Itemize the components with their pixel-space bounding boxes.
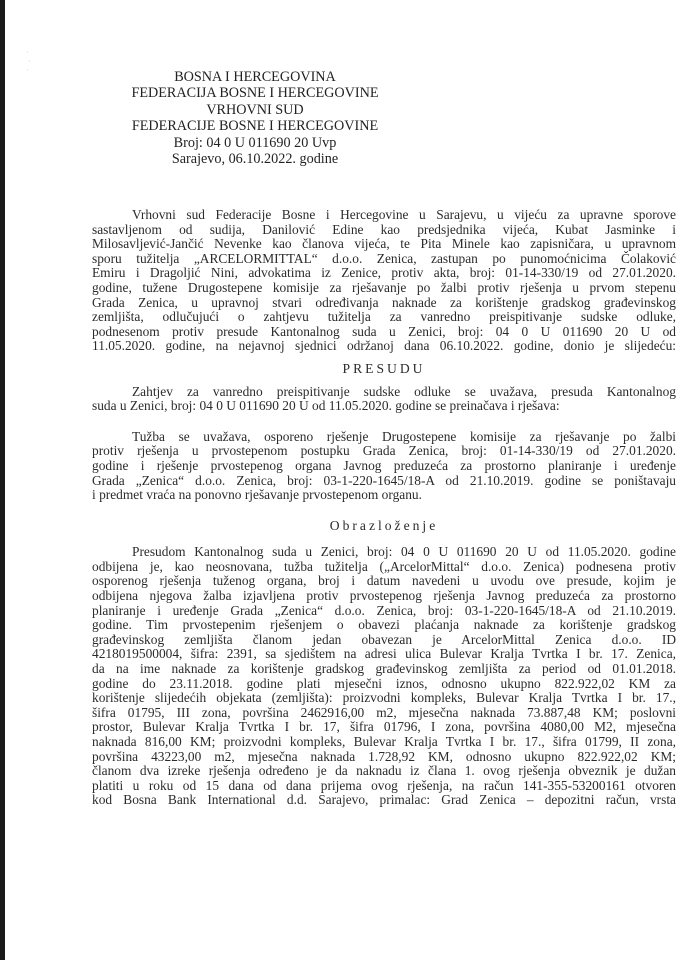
text-line: Emiru i Dragoljić Nini, advokatima iz Ze… [92, 266, 676, 281]
text-line: Milosavljević-Jančić Nevenke kao članova… [92, 237, 676, 252]
text-line: Grada „Zenica“ d.o.o. Zenica, broj: 03-1… [92, 474, 676, 489]
text-line: planiranje i uređenje Grada „Zenica“ d.o… [92, 604, 676, 619]
text-line: platiti u roku od 15 dana od dana prijem… [92, 779, 676, 794]
text-line: godine. Tim prvostepenim rješenjem o oba… [92, 618, 676, 633]
verdict-paragraph-1: Zahtjev za vanredno preispitivanje sudsk… [92, 385, 676, 414]
text-line: korištenje slijedećih objekata (zemljišt… [92, 691, 676, 706]
text-line: osporenog rješenja tuženog organa, broj … [92, 574, 676, 589]
scan-edge-strip [0, 0, 5, 960]
header-country: BOSNA I HERCEGOVINA [110, 69, 400, 85]
text-line: zemljišta, odlučujući o zahtjevu tužitel… [92, 310, 676, 325]
reasoning-heading: Obrazloženje [92, 519, 676, 534]
text-line: Zahtjev za vanredno preispitivanje sudsk… [92, 385, 676, 400]
header-court: VRHOVNI SUD [110, 102, 400, 118]
text-line: odbijena njegova žalba izjavljena protiv… [92, 589, 676, 604]
text-line: površina 43223,00 m2, mjesečna naknada 1… [92, 750, 676, 765]
margin-pencil-marks: · ·· [26, 48, 46, 98]
text-line: Vrhovni sud Federacije Bosne i Hercegovi… [92, 208, 676, 223]
text-line: suda u Zenici, broj: 04 0 U 011690 20 U … [92, 399, 676, 414]
text-line: članom dva izreke rješenja određeno je d… [92, 764, 676, 779]
court-header: BOSNA I HERCEGOVINA FEDERACIJA BOSNE I H… [110, 69, 400, 167]
text-line: Presudom Kantonalnog suda u Zenici, broj… [92, 545, 676, 560]
text-line: da na ime naknade za korištenje gradskog… [92, 662, 676, 677]
text-line: naknada 816,00 KM; proizvodni kompleks, … [92, 735, 676, 750]
text-line: Tužba se uvažava, osporeno rješenje Drug… [92, 430, 676, 445]
text-line: Grada Zenica, u upravnoj stvari određiva… [92, 296, 676, 311]
document-date: Sarajevo, 06.10.2022. godine [110, 151, 400, 167]
header-federation: FEDERACIJA BOSNE I HERCEGOVINE [110, 85, 400, 101]
verdict-paragraph-2: Tužba se uvažava, osporeno rješenje Drug… [92, 430, 676, 503]
text-line: kod Bosna Bank International d.d. Saraje… [92, 793, 676, 808]
text-line: protiv rješenja u prvostepenom postupku … [92, 444, 676, 459]
case-number: Broj: 04 0 U 011690 20 Uvp [110, 135, 400, 151]
text-line: 11.05.2020. godine, na nejavnoj sjednici… [92, 339, 676, 354]
intro-paragraph: Vrhovni sud Federacije Bosne i Hercegovi… [92, 208, 676, 354]
document-body: Vrhovni sud Federacije Bosne i Hercegovi… [92, 208, 676, 808]
header-court-federation: FEDERACIJE BOSNE I HERCEGOVINE [110, 118, 400, 134]
text-line: podnesenom protiv presude Kantonalnog su… [92, 325, 676, 340]
verdict-heading: PRESUDU [92, 362, 676, 377]
reasoning-paragraph: Presudom Kantonalnog suda u Zenici, broj… [92, 545, 676, 808]
text-line: godine do 23.11.2018. godine plati mjese… [92, 677, 676, 692]
text-line: šifra 01795, III zona, površina 2462916,… [92, 706, 676, 721]
text-line: građevinskog zemljišta članom jedan obav… [92, 633, 676, 648]
text-line: i predmet vraća na ponovno rješavanje pr… [92, 488, 676, 503]
text-line: godine i rješenje prvostepenog organa Ja… [92, 459, 676, 474]
text-line: odbijena je, kao neosnovana, tužba tužit… [92, 560, 676, 575]
text-line: prostor, Bulevar Kralja Tvrtka I br. 17,… [92, 720, 676, 735]
text-line: godine, tužene Drugostepene komisije za … [92, 281, 676, 296]
text-line: 4218019500004, šifra: 2391, sa sjedištem… [92, 647, 676, 662]
text-line: sporu tužitelja „ARCELORMITTAL“ d.o.o. Z… [92, 252, 676, 267]
text-line: sastavljenom od sudija, Danilović Edine … [92, 223, 676, 238]
